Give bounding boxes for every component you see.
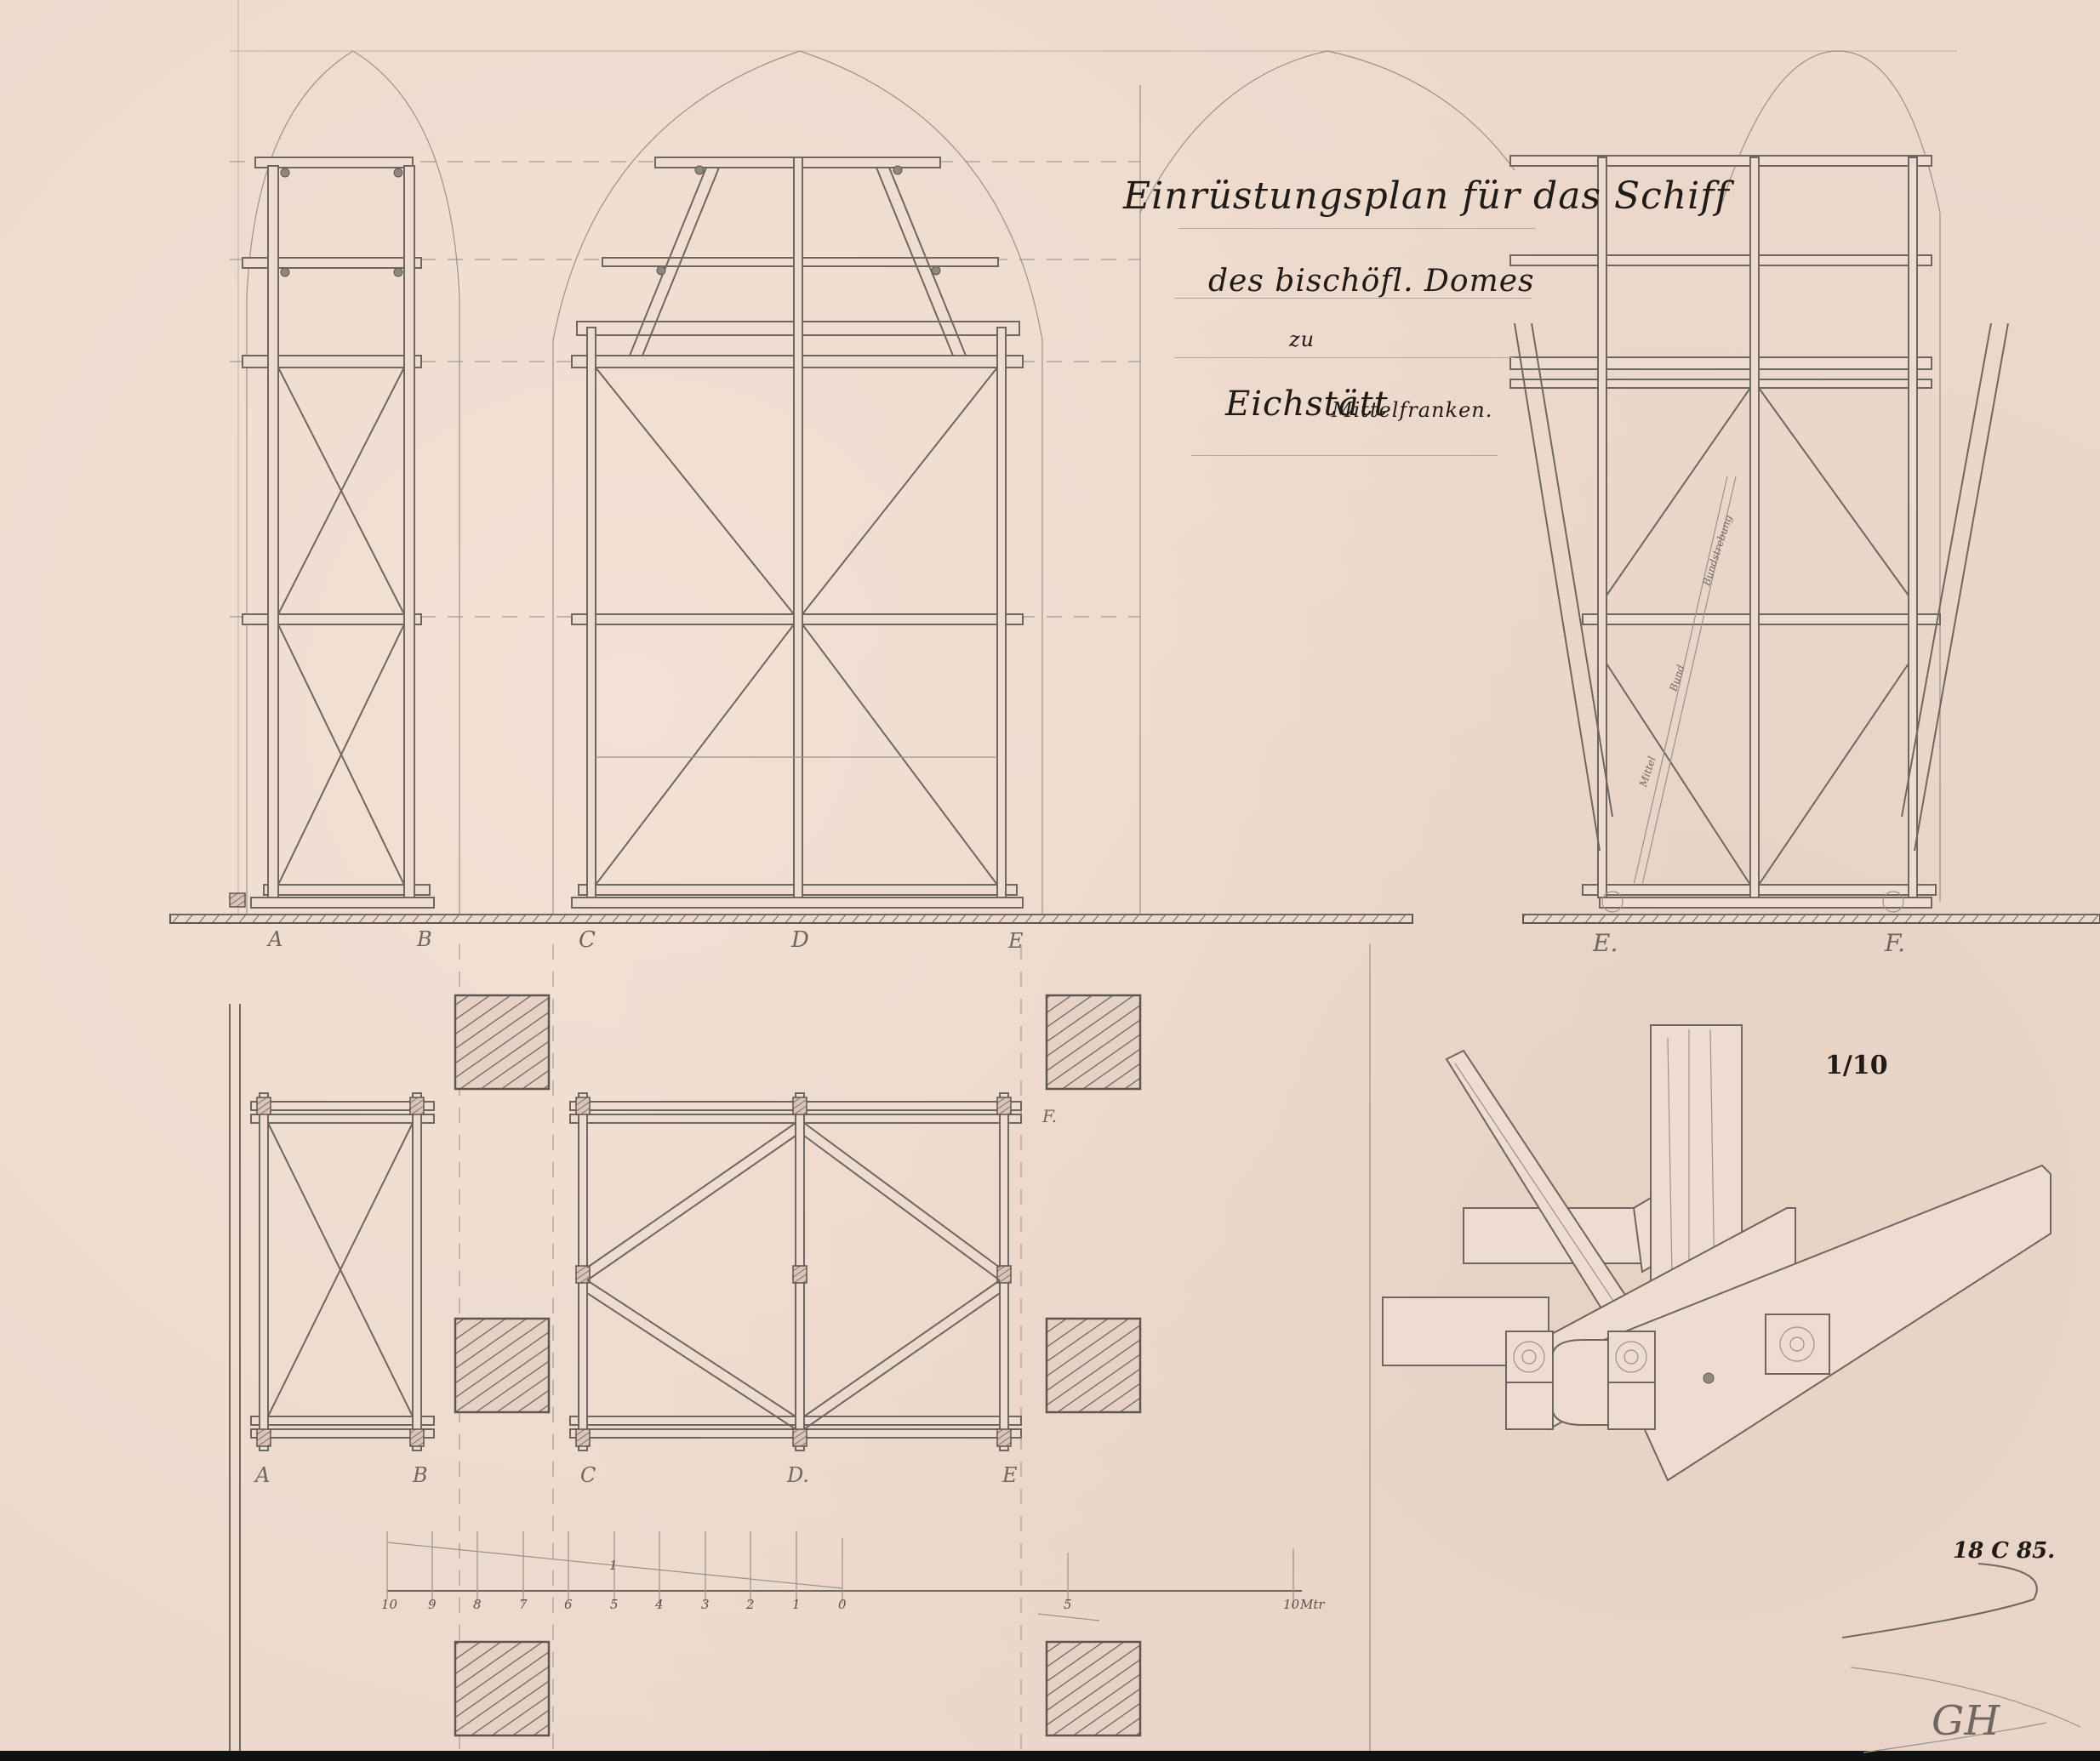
scale-tick-0: 0 — [838, 1597, 847, 1612]
scale-diagonal-marker: 1 — [609, 1558, 618, 1573]
timber-joint-detail — [1383, 1025, 2051, 1480]
elevation-label-c: C — [579, 927, 596, 953]
elevation-label-e: E — [1008, 929, 1024, 953]
scale-tick-1: 1 — [792, 1597, 801, 1612]
title-rule — [1174, 357, 1515, 358]
title-rule — [1174, 298, 1532, 299]
plan-label-c: C — [580, 1463, 596, 1487]
plan-label-f: F. — [1042, 1106, 1057, 1126]
scale-tick-2: 2 — [746, 1597, 755, 1612]
plan-label-e: E — [1002, 1463, 1018, 1487]
elevation-label-f: F. — [1885, 929, 1905, 957]
elevation-label-d: D — [791, 927, 809, 953]
elevation-tower-ef — [1510, 156, 2008, 912]
scale-tick-7: 7 — [519, 1597, 528, 1612]
title-line-2: des bischöfl. Domes — [1208, 264, 1535, 299]
elevation-label-b: B — [417, 927, 432, 951]
scale-tick-6: 6 — [564, 1597, 573, 1612]
title-region: Mittelfranken. — [1332, 398, 1492, 422]
title-line-1: Einrüstungsplan für das Schiff — [1123, 174, 1730, 218]
plan-view — [230, 1004, 1021, 1751]
elevation-label-e-right: E. — [1593, 929, 1618, 957]
scale-tick-5: 5 — [610, 1597, 619, 1612]
scale-unit: Mtr — [1300, 1597, 1325, 1612]
elevation-tower-cde — [572, 157, 1023, 908]
scale-tick-10: 10 — [381, 1597, 397, 1612]
title-rule — [1178, 228, 1536, 229]
elevation-label-a: A — [268, 927, 282, 951]
scale-tick-8: 8 — [473, 1597, 482, 1612]
detail-scale-label: 1/10 — [1825, 1051, 1888, 1080]
scale-tick-4: 4 — [655, 1597, 664, 1612]
scale-tick-end-10: 10 — [1283, 1597, 1299, 1612]
scale-tick-mid-5: 5 — [1064, 1597, 1072, 1612]
ground-line-right — [1523, 915, 2100, 923]
plan-label-b: B — [413, 1463, 428, 1487]
signature-monogram: GH — [1932, 1697, 2000, 1745]
scale-tick-9: 9 — [428, 1597, 437, 1612]
title-rule — [1191, 455, 1498, 456]
technical-drawing — [0, 0, 2100, 1761]
signature-date-mark: 18 C 85. — [1953, 1538, 2055, 1564]
ground-line-left — [170, 915, 1412, 923]
plan-label-a: A — [255, 1463, 270, 1487]
plan-label-d: D. — [787, 1463, 809, 1487]
title-line-3: zu — [1289, 328, 1315, 351]
scale-tick-3: 3 — [701, 1597, 710, 1612]
elevation-tower-ab — [230, 157, 434, 908]
